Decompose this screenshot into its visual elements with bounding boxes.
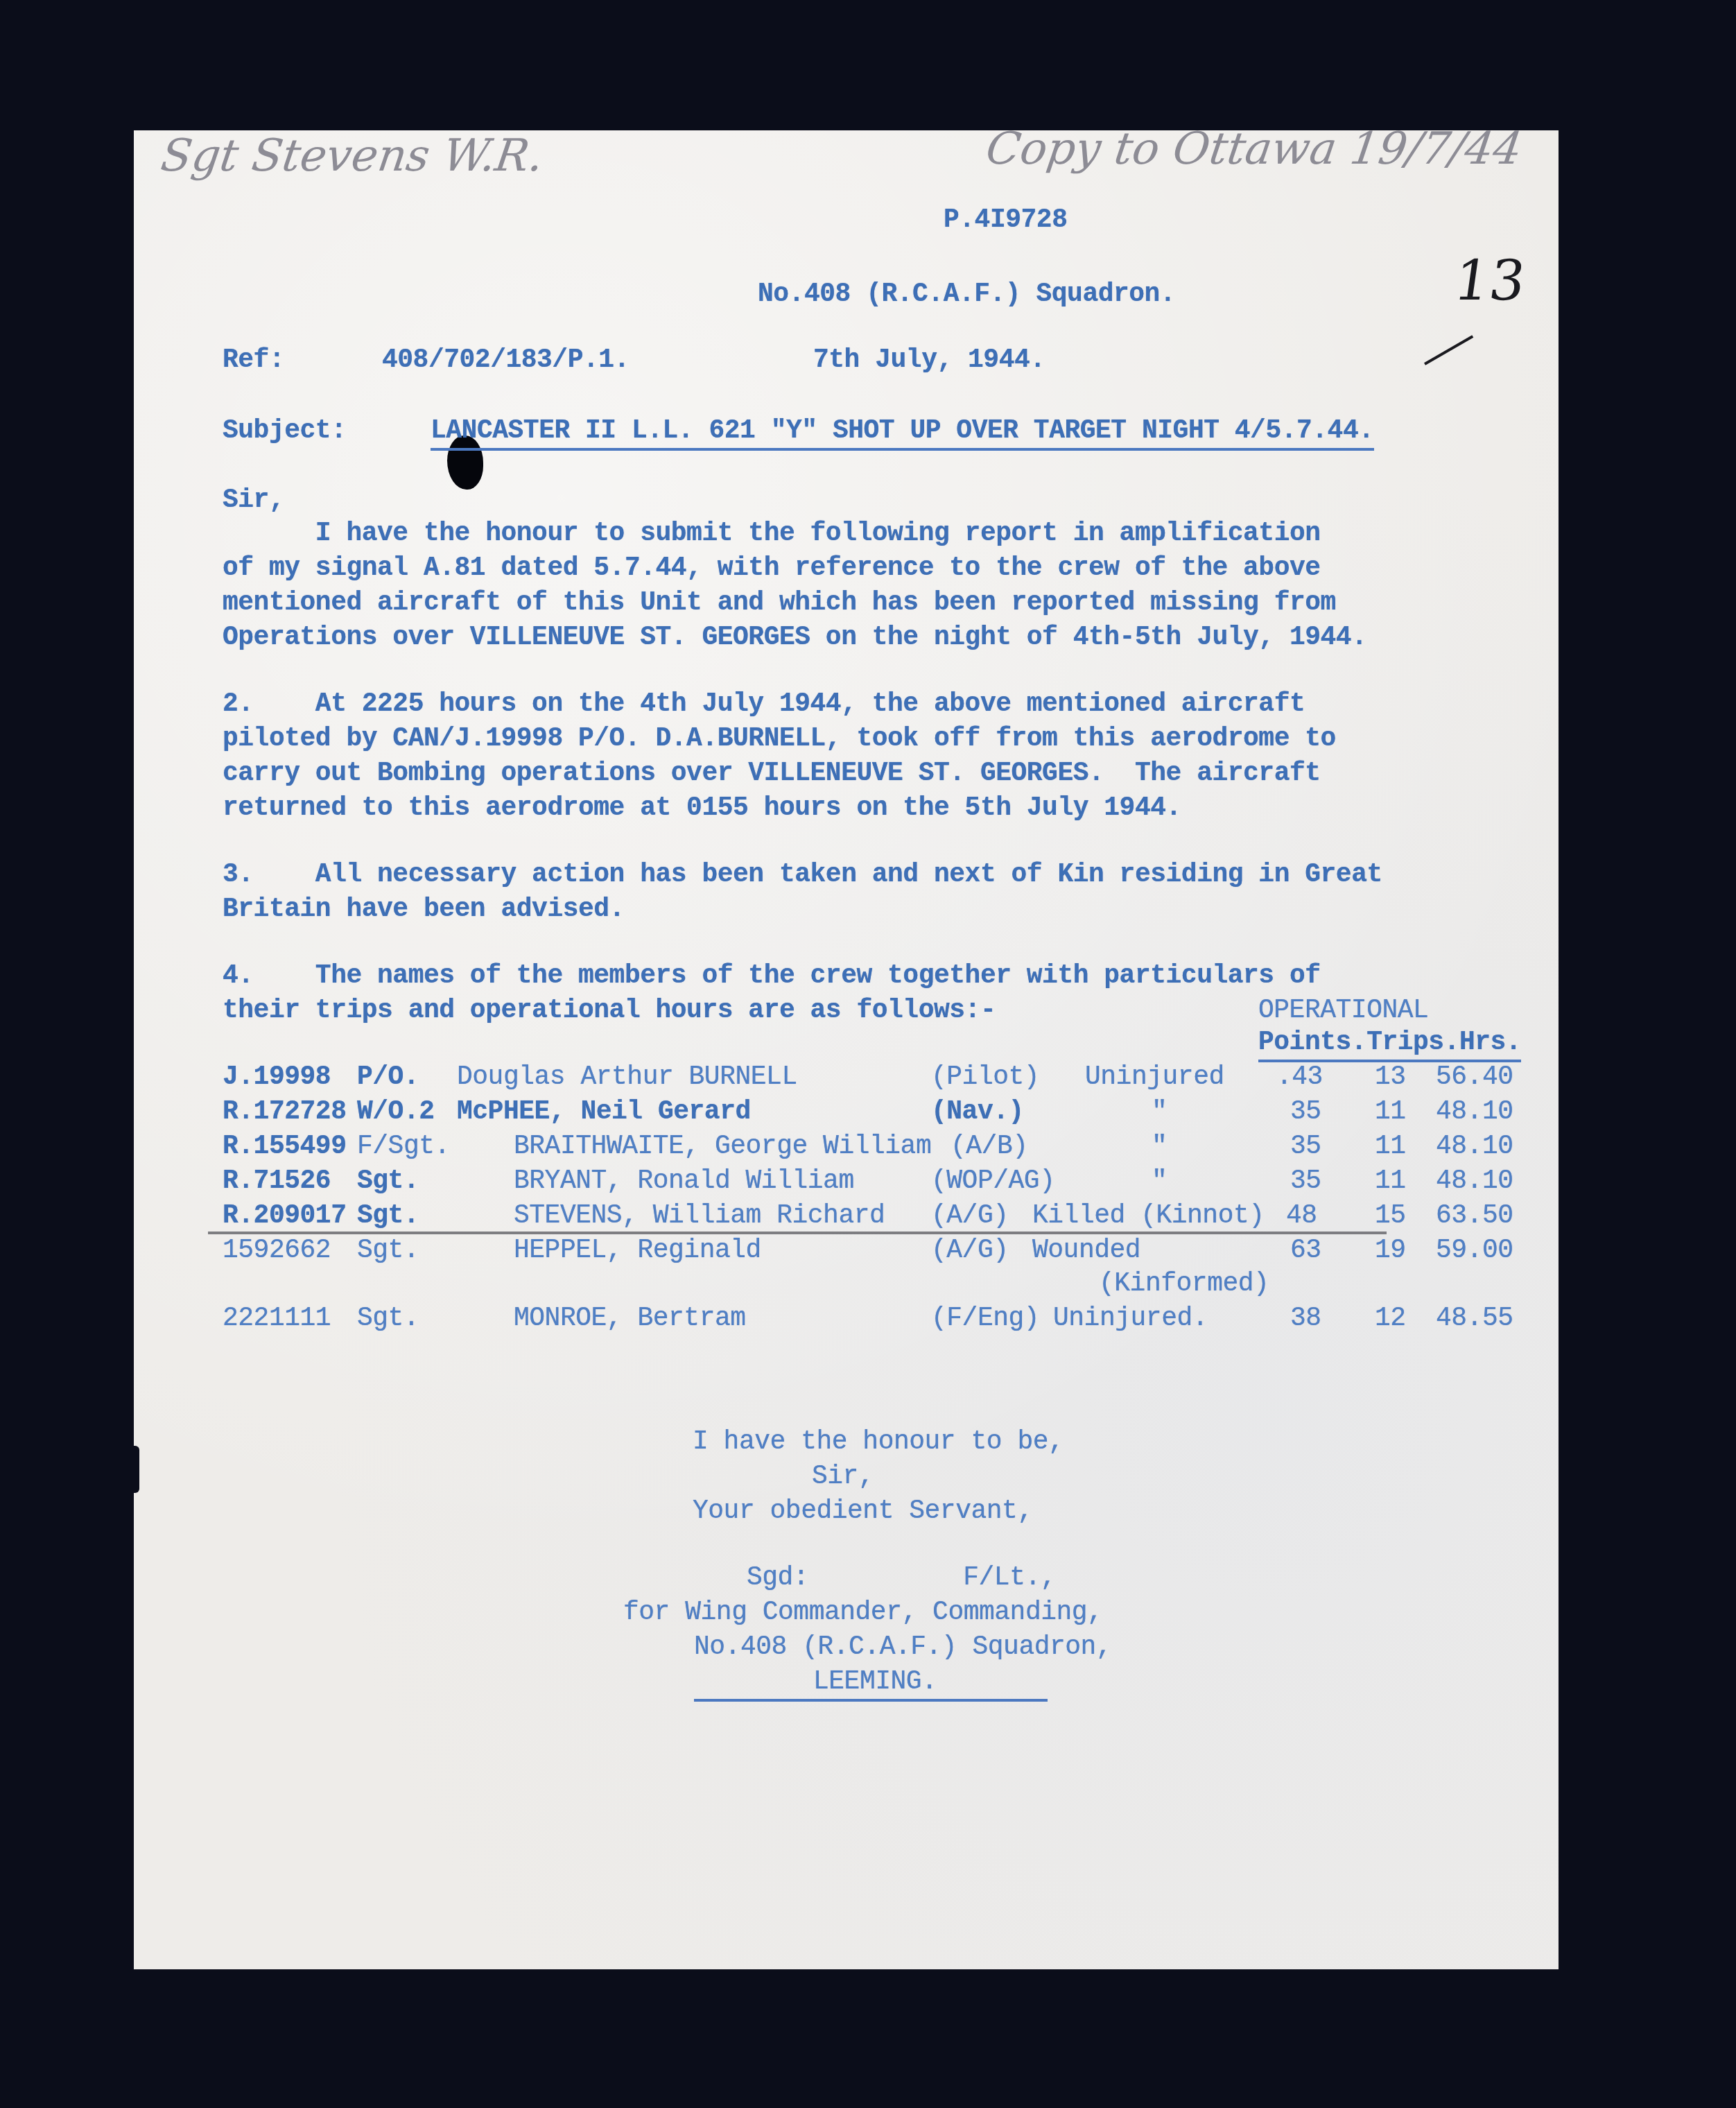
crew-name: Douglas Arthur BURNELL	[457, 1062, 797, 1093]
paragraph-4-line: their trips and operational hours are as…	[223, 996, 996, 1026]
points: 63	[1290, 1236, 1321, 1266]
points-trips-hrs-header: Points.Trips.Hrs.	[1258, 1028, 1521, 1062]
trips: 15	[1375, 1201, 1406, 1232]
service-number: R.172728	[223, 1097, 346, 1128]
station-name: LEEMING.	[694, 1667, 1048, 1702]
pencil-strike-line	[208, 1232, 1387, 1234]
closing-line-1: I have the honour to be,	[693, 1427, 1064, 1458]
crew-name: BRAITHWAITE, George William	[514, 1132, 931, 1162]
paragraph-1-line: mentioned aircraft of this Unit and whic…	[223, 588, 1336, 619]
rank: Sgt.	[357, 1201, 419, 1232]
subject-label: Subject:	[223, 416, 346, 447]
service-number: J.19998	[223, 1062, 331, 1093]
paragraph-2-line: returned to this aerodrome at 0155 hours…	[223, 793, 1181, 824]
hours: 48.10	[1436, 1166, 1513, 1197]
crew-row: 2221111 Sgt. MONROE, Bertram (F/Eng) Uni…	[134, 1304, 1559, 1334]
trips: 12	[1375, 1304, 1406, 1334]
rank: Sgt.	[357, 1236, 419, 1266]
file-reference: P.4I9728	[944, 205, 1067, 236]
rank: Sgt.	[357, 1166, 419, 1197]
hours: 56.40	[1436, 1062, 1513, 1093]
operational-header: OPERATIONAL	[1258, 996, 1428, 1026]
points: 38	[1290, 1304, 1321, 1334]
crew-role: (A/B)	[951, 1132, 1028, 1162]
service-number: R.209017	[223, 1201, 346, 1232]
crew-row: R.155499 F/Sgt. BRAITHWAITE, George Will…	[134, 1132, 1559, 1162]
crew-status: Wounded	[1032, 1236, 1140, 1266]
trips: 11	[1375, 1166, 1406, 1197]
paragraph-3-line: Britain have been advised.	[223, 895, 625, 925]
points: 35	[1290, 1132, 1321, 1162]
crew-name: STEVENS, William Richard	[514, 1201, 885, 1232]
handwritten-folio-number: 13	[1450, 248, 1529, 313]
unit-heading: No.408 (R.C.A.F.) Squadron.	[758, 279, 1175, 310]
points: 35	[1290, 1166, 1321, 1197]
salutation: Sir,	[223, 485, 284, 516]
paragraph-4-line: 4. The names of the members of the crew …	[223, 961, 1321, 992]
ref-label: Ref:	[223, 345, 284, 376]
paragraph-1-line: Operations over VILLENEUVE ST. GEORGES o…	[223, 623, 1366, 653]
points: 35	[1290, 1097, 1321, 1128]
paragraph-2-line: carry out Bombing operations over VILLEN…	[223, 759, 1321, 789]
crew-row: 1592662 Sgt. HEPPEL, Reginald (A/G) Woun…	[134, 1236, 1559, 1266]
points: 48	[1286, 1201, 1317, 1232]
crew-role: (F/Eng)	[931, 1304, 1039, 1334]
crew-status: Uninjured	[1085, 1062, 1224, 1093]
hours: 63.50	[1436, 1201, 1513, 1232]
hours: 48.10	[1436, 1132, 1513, 1162]
rank: F/Sgt.	[357, 1132, 450, 1162]
trips: 11	[1375, 1097, 1406, 1128]
hours: 48.10	[1436, 1097, 1513, 1128]
service-number: 1592662	[223, 1236, 331, 1266]
crew-role: (Nav.)	[931, 1097, 1024, 1128]
crew-role: (Pilot)	[931, 1062, 1039, 1093]
service-number: R.71526	[223, 1166, 331, 1197]
service-number: 2221111	[223, 1304, 331, 1334]
letter-date: 7th July, 1944.	[813, 345, 1045, 376]
paragraph-3-line: 3. All necessary action has been taken a…	[223, 860, 1382, 890]
crew-role: (A/G)	[931, 1236, 1009, 1266]
station-text: LEEMING.	[813, 1667, 937, 1697]
rank: P/O.	[357, 1062, 419, 1093]
crew-status: Killed (Kinnot)	[1032, 1201, 1265, 1232]
handwritten-copy-note: Copy to Ottawa 19/7/44	[983, 123, 1525, 175]
handwritten-slash-mark	[1424, 335, 1473, 365]
status-note: (Kinformed)	[1099, 1269, 1269, 1299]
service-number: R.155499	[223, 1132, 346, 1162]
hours: 48.55	[1436, 1304, 1513, 1334]
crew-role: (A/G)	[931, 1201, 1009, 1232]
crew-status: "	[1152, 1166, 1167, 1197]
points: .43	[1276, 1062, 1323, 1093]
handwritten-name: Sgt Stevens W.R.	[158, 130, 547, 182]
subject-value: LANCASTER II L.L. 621 "Y" SHOT UP OVER T…	[431, 416, 1374, 451]
crew-role: (WOP/AG)	[931, 1166, 1054, 1197]
crew-name: McPHEE, Neil Gerard	[457, 1097, 751, 1128]
crew-row: J.19998 P/O. Douglas Arthur BURNELL (Pil…	[134, 1062, 1559, 1093]
trips: 19	[1375, 1236, 1406, 1266]
paragraph-2-line: 2. At 2225 hours on the 4th July 1944, t…	[223, 689, 1305, 720]
crew-status: Uninjured.	[1053, 1304, 1208, 1334]
ref-value: 408/702/183/P.1.	[382, 345, 630, 376]
crew-status: "	[1152, 1097, 1167, 1128]
for-wing-commander: for Wing Commander, Commanding,	[623, 1598, 1102, 1628]
trips: 11	[1375, 1132, 1406, 1162]
page-tear	[132, 1446, 139, 1493]
paragraph-1-line: I have the honour to submit the followin…	[223, 519, 1321, 549]
paragraph-2-line: piloted by CAN/J.19998 P/O. D.A.BURNELL,…	[223, 724, 1336, 754]
crew-row: R.209017 Sgt. STEVENS, William Richard (…	[134, 1201, 1559, 1232]
crew-name: MONROE, Bertram	[514, 1304, 746, 1334]
closing-line-3: Your obedient Servant,	[693, 1496, 1033, 1527]
rank: W/O.2	[357, 1097, 435, 1128]
hours: 59.00	[1436, 1236, 1513, 1266]
crew-status: "	[1152, 1132, 1167, 1162]
paragraph-1-line: of my signal A.81 dated 5.7.44, with ref…	[223, 553, 1321, 584]
unit-signoff: No.408 (R.C.A.F.) Squadron,	[694, 1632, 1111, 1663]
crew-row: R.71526 Sgt. BRYANT, Ronald William (WOP…	[134, 1166, 1559, 1197]
document-page: Sgt Stevens W.R. Copy to Ottawa 19/7/44 …	[134, 130, 1559, 1969]
trips: 13	[1375, 1062, 1406, 1093]
crew-row: R.172728 W/O.2 McPHEE, Neil Gerard (Nav.…	[134, 1097, 1559, 1128]
closing-line-2: Sir,	[812, 1462, 874, 1492]
crew-name: BRYANT, Ronald William	[514, 1166, 854, 1197]
rank: Sgt.	[357, 1304, 419, 1334]
crew-name: HEPPEL, Reginald	[514, 1236, 761, 1266]
signature-line: Sgd: F/Lt.,	[747, 1563, 1056, 1593]
